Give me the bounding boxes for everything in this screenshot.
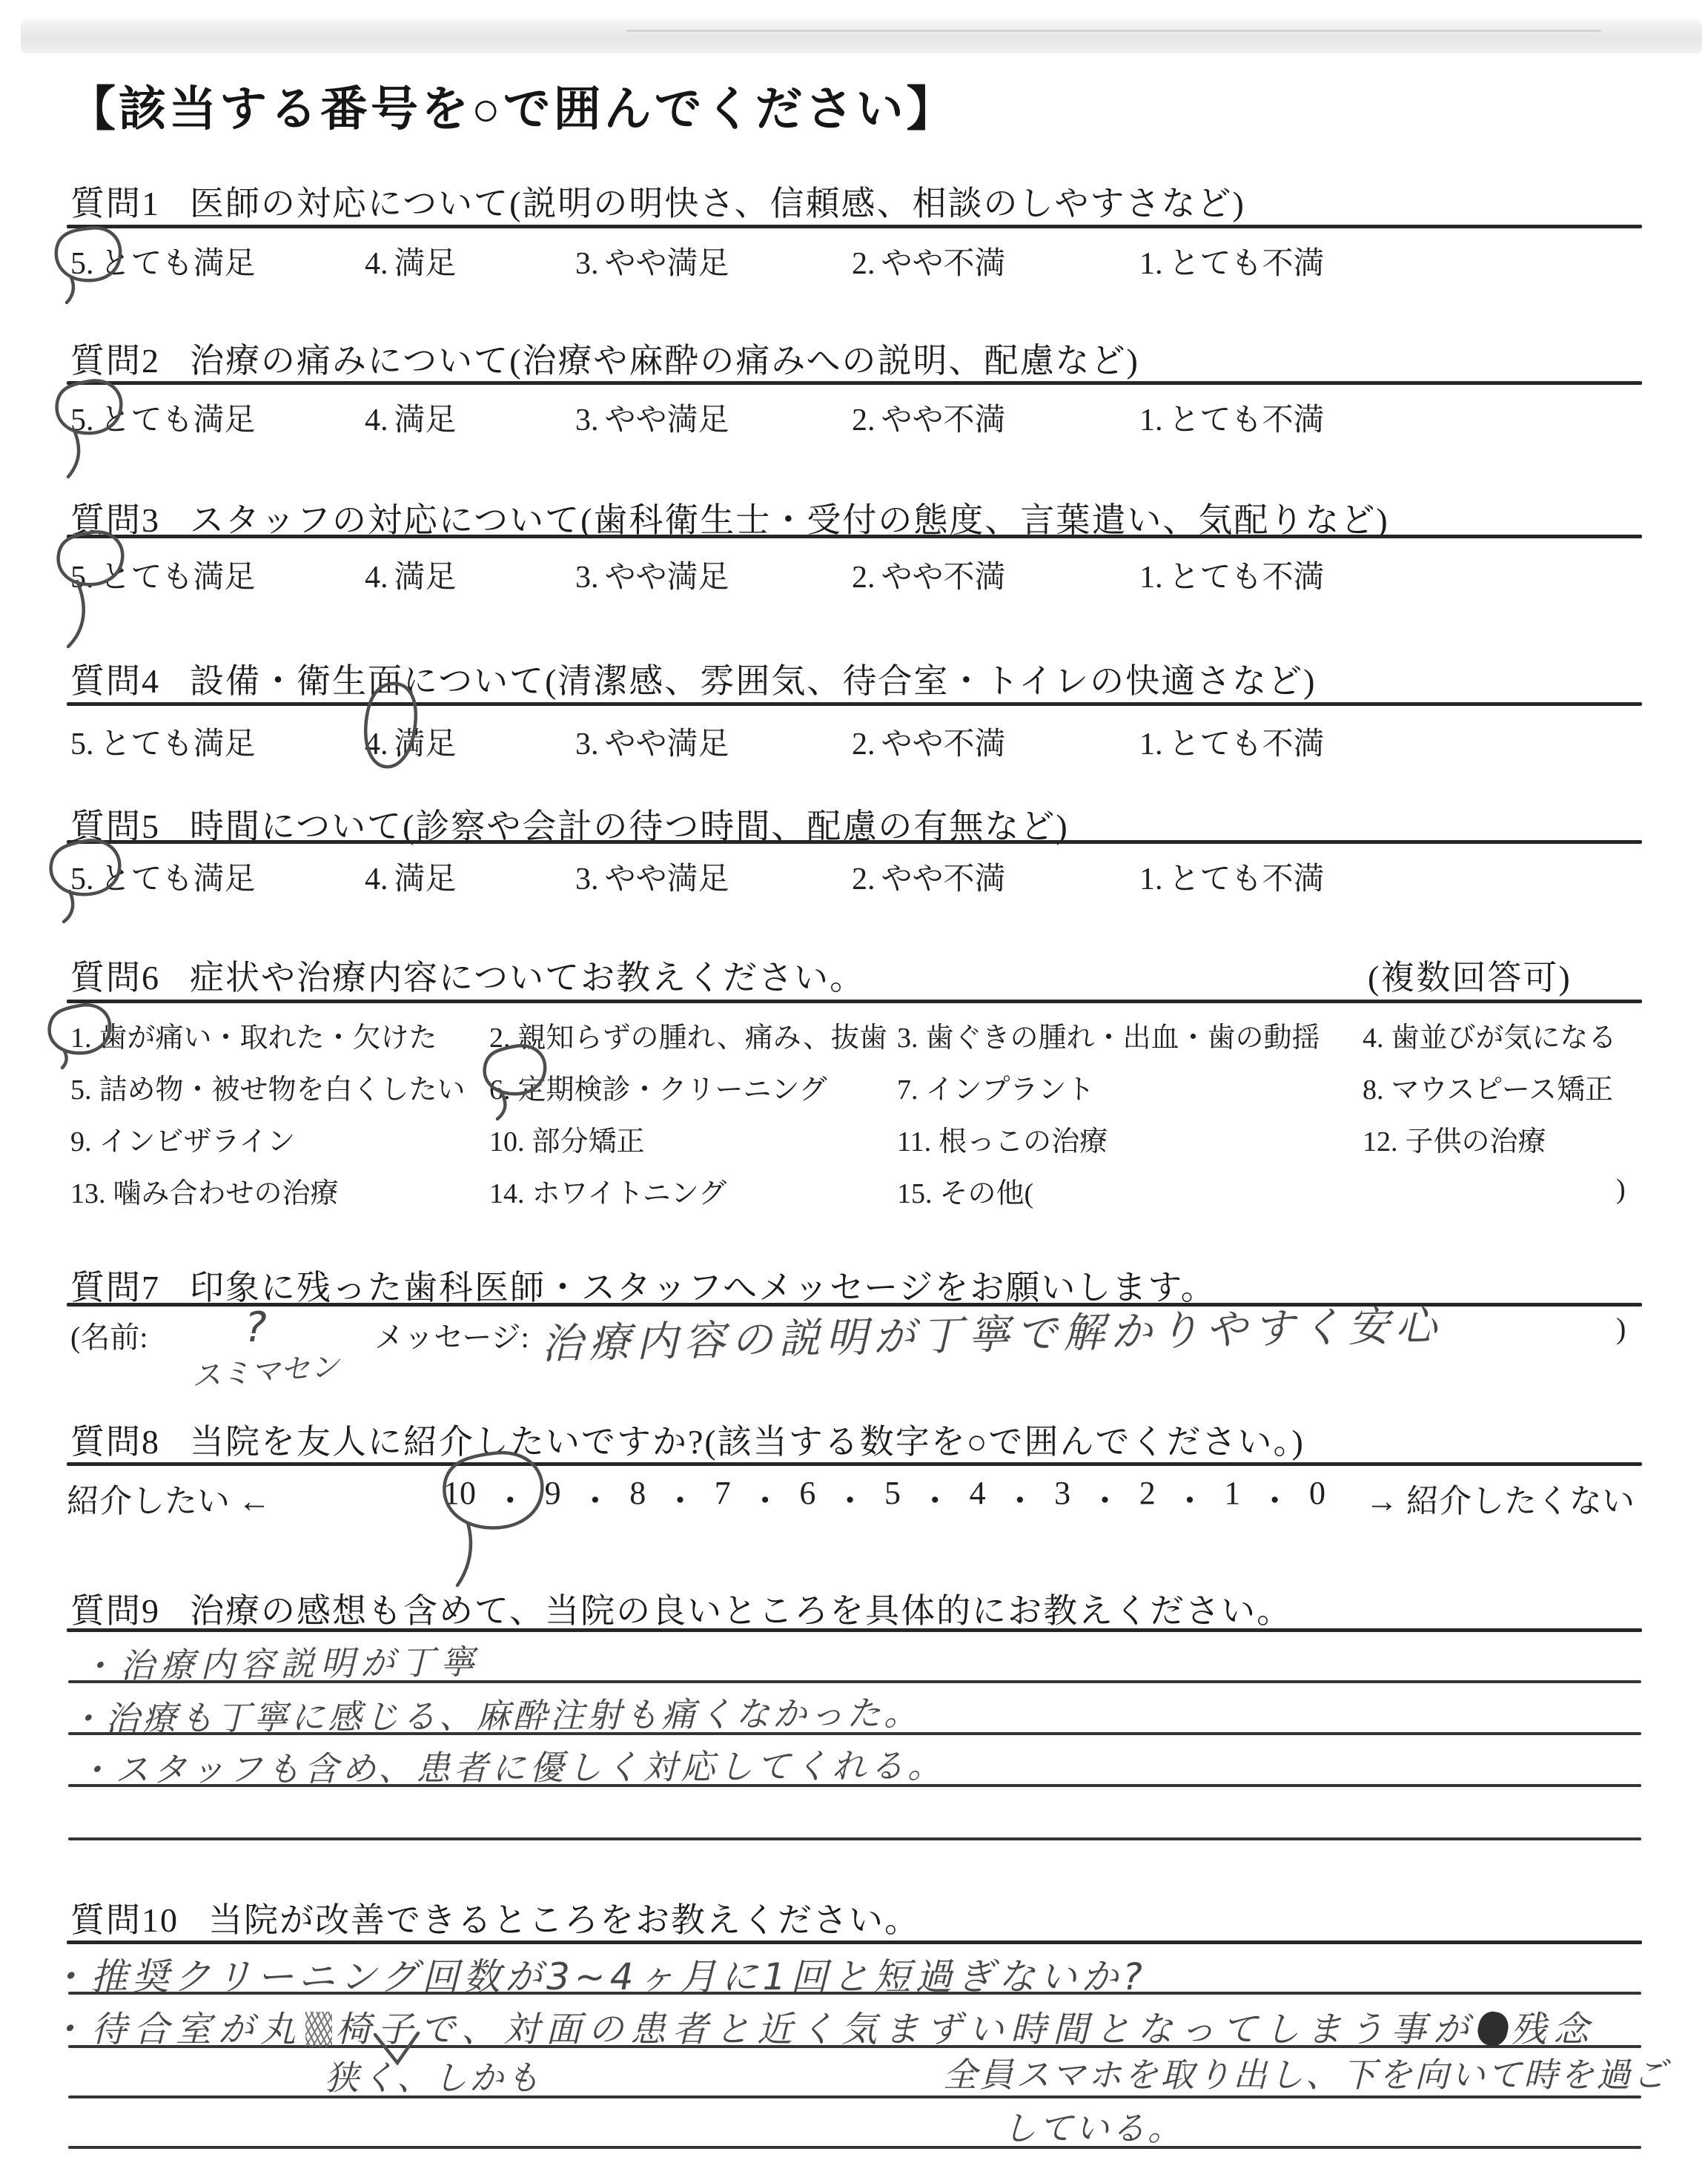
option-15: 15.その他( <box>897 1170 1363 1222</box>
scribbled-out-character <box>305 2012 332 2047</box>
question-label: 質問10 <box>70 1901 179 1939</box>
divider <box>67 225 1642 228</box>
scale-0: 0 <box>1309 1474 1325 1522</box>
question-label: 質問6 <box>70 959 160 997</box>
divider <box>67 702 1642 706</box>
rating-option-1: 1.とても不満 <box>1139 719 1325 764</box>
rating-option-4: 4.満足 <box>365 552 457 597</box>
handwritten-circle-q2 <box>49 377 130 479</box>
rating-option-5: 5.とても満足 <box>70 719 256 764</box>
rating-option-2: 2.やや不満 <box>852 395 1006 440</box>
divider <box>67 1000 1642 1003</box>
rating-option-4: 4.満足 <box>365 395 457 440</box>
rating-option-3: 3.やや満足 <box>575 239 729 283</box>
other-close-paren: ) <box>1616 1173 1626 1206</box>
dot: ・ <box>663 1474 696 1522</box>
nps-scale: 10・ 9・ 8・ 7・ 6・ 5・ 4・ 3・ 2・ 1・ 0 <box>443 1474 1325 1522</box>
question-title: 医師の対応について(説明の明快さ、信頼感、相談のしやすさなど) <box>190 185 1245 222</box>
form-title: 【該当する番号を○で囲んでください】 <box>68 71 957 139</box>
question-label: 質問4 <box>70 662 160 700</box>
rating-option-3: 3.やや満足 <box>575 552 729 597</box>
question-label: 質問9 <box>70 1592 160 1630</box>
rating-option-2: 2.やや不満 <box>852 239 1006 283</box>
rating-option-1: 1.とても不満 <box>1139 239 1325 283</box>
option-11: 11.根っこの治療 <box>897 1118 1363 1170</box>
handwritten-improvement-1: ・推奨クリーニング回数が3~4ヶ月に1回と短過ぎないか? <box>49 1947 1147 2001</box>
rating-row: 5.とても満足 4.満足 3.やや満足 2.やや不満 1.とても不満 <box>0 552 1708 598</box>
scale-2: 2 <box>1139 1474 1156 1522</box>
scan-edge-artifact <box>21 19 1702 53</box>
scanned-survey-form: 【該当する番号を○で囲んでください】 質問1医師の対応について(説明の明快さ、信… <box>0 0 1708 2160</box>
rating-option-1: 1.とても不満 <box>1139 854 1325 899</box>
rating-option-1: 1.とても不満 <box>1139 552 1325 597</box>
writing-line <box>68 1837 1641 1840</box>
dot: ・ <box>579 1474 612 1522</box>
question-label: 質問8 <box>70 1423 160 1461</box>
option-14: 14.ホワイトニング <box>489 1170 897 1222</box>
symptom-options-grid: 1.歯が痛い・取れた・欠けた 2.親知らずの腫れ、痛み、抜歯 3.歯ぐきの腫れ・… <box>70 1014 1674 1222</box>
handwritten-circle-q6-option6 <box>478 1042 552 1120</box>
handwritten-circle-q1 <box>47 222 130 305</box>
handwritten-continuation-1: 全員スマホを取り出し、下を向いて時を過ご <box>943 2048 1669 2097</box>
handwritten-continuation-2: している。 <box>1002 2101 1184 2150</box>
message-field-label: メッセージ: <box>374 1314 529 1356</box>
rating-option-2: 2.やや不満 <box>852 719 1006 764</box>
question-title: 治療の感想も含めて、当院の良いところを具体的にお教えください。 <box>190 1592 1292 1630</box>
scale-7: 7 <box>715 1474 731 1522</box>
option-1: 1.歯が痛い・取れた・欠けた <box>70 1014 489 1066</box>
question-title: 治療の痛みについて(治療や麻酔の痛みへの説明、配慮など) <box>190 342 1139 380</box>
name-field-label: (名前: <box>70 1314 148 1356</box>
divider <box>67 535 1642 538</box>
rating-option-3: 3.やや満足 <box>575 854 729 899</box>
handwritten-circle-q5 <box>43 835 130 922</box>
scale-3: 3 <box>1054 1474 1070 1522</box>
option-7: 7.インプラント <box>897 1066 1363 1118</box>
rating-option-2: 2.やや不満 <box>852 552 1006 597</box>
handwritten-name-question-mark: ? <box>245 1304 267 1352</box>
dot: ・ <box>1174 1474 1206 1522</box>
dot: ・ <box>1088 1474 1121 1522</box>
handwritten-circle-q3 <box>52 526 132 649</box>
rating-row: 5.とても満足 4.満足 3.やや満足 2.やや不満 1.とても不満 <box>0 395 1708 441</box>
scale-6: 6 <box>799 1474 815 1522</box>
handwritten-circle-q6-option1 <box>43 1001 117 1068</box>
rating-row: 5.とても満足 4.満足 3.やや満足 2.やや不満 1.とても不満 <box>0 854 1708 900</box>
option-5: 5.詰め物・被せ物を白くしたい <box>70 1066 489 1118</box>
scale-5: 5 <box>884 1474 901 1522</box>
option-8: 8.マウスピース矯正 <box>1363 1066 1674 1118</box>
divider <box>67 1462 1642 1466</box>
option-12: 12.子供の治療 <box>1363 1118 1674 1170</box>
close-paren: ) <box>1616 1311 1626 1346</box>
multiple-answers-note: (複数回答可) <box>1368 951 1572 1000</box>
ink-blot <box>1475 2009 1512 2048</box>
rating-option-4: 4.満足 <box>365 854 457 899</box>
option-13: 13.噛み合わせの治療 <box>70 1170 489 1222</box>
rating-option-3: 3.やや満足 <box>575 719 729 764</box>
question-title: 症状や治療内容についてお教えください。 <box>190 959 865 997</box>
rating-row: 5.とても満足 4.満足 3.やや満足 2.やや不満 1.とても不満 <box>0 239 1708 285</box>
handwritten-answer-1: ・治療内容説明が丁寧 <box>80 1635 481 1688</box>
question-label: 質問2 <box>70 342 160 380</box>
option-9: 9.インビザライン <box>70 1118 489 1170</box>
handwritten-answer-2: ・治療も丁寧に感じる、麻酔注射も痛くなかった。 <box>68 1686 921 1741</box>
dot: ・ <box>749 1474 781 1522</box>
dot: ・ <box>1259 1474 1291 1522</box>
dot: ・ <box>918 1474 951 1522</box>
writing-line <box>68 2146 1641 2149</box>
divider <box>67 1941 1642 1944</box>
rating-option-2: 2.やや不満 <box>852 854 1006 899</box>
question-title: 当院を友人に紹介したいですか?(該当する数字を○で囲んでください。) <box>190 1423 1305 1461</box>
divider <box>67 1628 1642 1632</box>
question-title: スタッフの対応について(歯科衛生士・受付の態度、言葉遣い、気配りなど) <box>190 501 1389 539</box>
option-3: 3.歯ぐきの腫れ・出血・歯の動揺 <box>897 1014 1363 1066</box>
option-4: 4.歯並びが気になる <box>1363 1014 1674 1066</box>
scale-4: 4 <box>970 1474 986 1522</box>
question-title: 当院が改善できるところをお教えください。 <box>208 1901 920 1939</box>
scale-8: 8 <box>629 1474 646 1522</box>
dot: ・ <box>834 1474 867 1522</box>
handwritten-name-note: スミマセン <box>190 1343 340 1396</box>
handwritten-answer-3: ・スタッフも含め、患者に優しく対応してくれる。 <box>77 1739 946 1792</box>
rating-option-1: 1.とても不満 <box>1139 395 1325 440</box>
handwritten-circle-q4 <box>348 681 431 770</box>
handwritten-insertion: 狭く、しかも <box>325 2051 542 2100</box>
scale-1: 1 <box>1224 1474 1240 1522</box>
scale-left-label: 紹介したい ← <box>67 1474 271 1522</box>
handwritten-improvement-2: ・待合室が丸椅子で、対面の患者と近く気まずい時間となってしまう事が残念 <box>49 2001 1595 2052</box>
divider <box>67 381 1642 385</box>
handwritten-circle-q8-score10 <box>434 1447 552 1588</box>
rating-option-3: 3.やや満足 <box>575 395 729 440</box>
question-label: 質問1 <box>70 185 160 222</box>
divider <box>67 840 1642 844</box>
question-label: 質問7 <box>70 1269 160 1307</box>
scale-right-label: → 紹介したくない <box>1366 1474 1635 1522</box>
option-10: 10.部分矯正 <box>489 1118 897 1170</box>
rating-option-4: 4.満足 <box>365 239 457 283</box>
dot: ・ <box>1004 1474 1036 1522</box>
rating-row: 5.とても満足 4.満足 3.やや満足 2.やや不満 1.とても不満 <box>0 719 1708 765</box>
